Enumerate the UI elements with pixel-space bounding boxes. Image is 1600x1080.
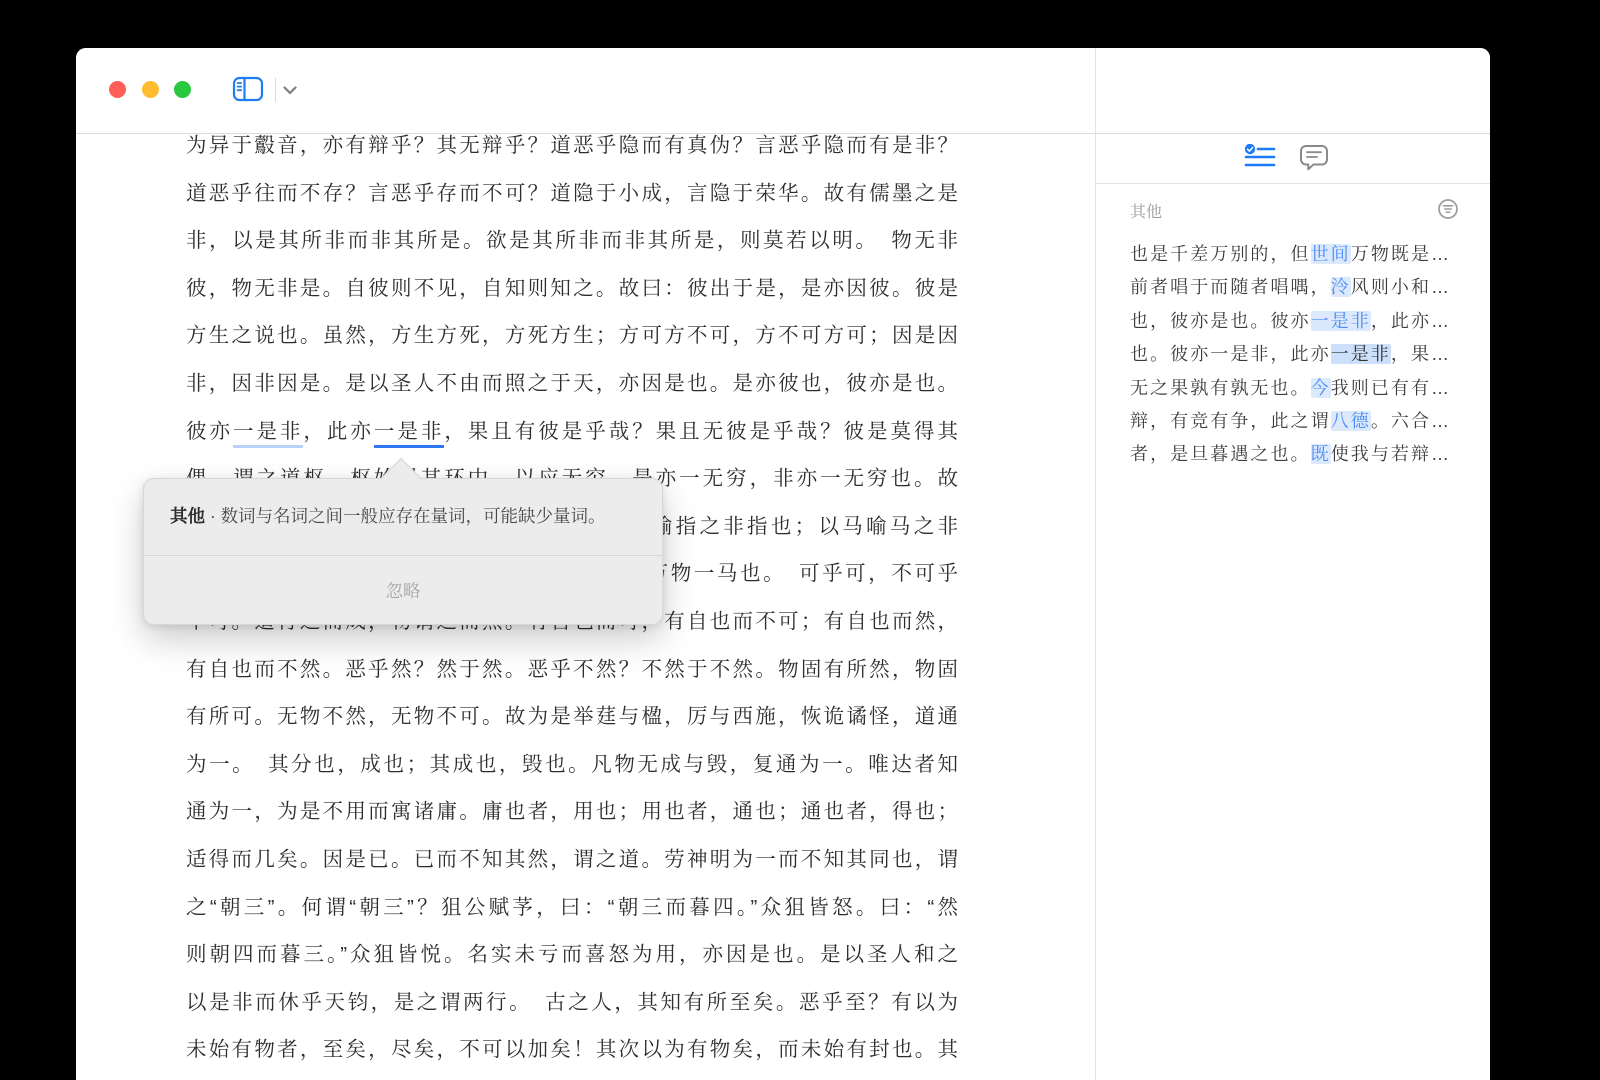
issue-highlight[interactable]: 八德 (1331, 411, 1371, 431)
text-segment: 。六合… (1371, 411, 1450, 431)
text-segment: 无之果孰有孰无也。 (1130, 378, 1311, 398)
popover-message: 其他 · 数词与名词之间一般应存在量词，可能缺少量词。 (144, 479, 662, 555)
issue-list-item[interactable]: 者，是旦暮遇之也。既使我与若辩… (1130, 438, 1450, 471)
tab-comments[interactable] (1296, 143, 1332, 175)
text-segment: 适得而几矣。因是已。已而不知其然，谓之道。劳神明为一而不知其同也，谓 (186, 848, 958, 871)
chevron-down-icon (283, 83, 297, 98)
issue-highlight[interactable]: 一是非 (1311, 311, 1371, 331)
document-line: 方生之说也。虽然，方生方死，方死方生；方可方不可，方不可方可；因是因 (186, 312, 958, 360)
text-segment: ，此亦… (1371, 311, 1450, 331)
issue-separator: · (205, 506, 221, 526)
text-segment: ，果… (1391, 344, 1450, 364)
text-segment: 有所可。无物不然，无物不可。故为是举莛与楹，厉与西施，恢诡谲怪，道通 (186, 705, 958, 728)
document-line: 为一。 其分也，成也；其成也，毁也。凡物无成与毁，复通为一。唯达者知 (186, 741, 958, 789)
text-segment: 我则已有有… (1331, 378, 1450, 398)
app-window: 为异于鷇音，亦有辩乎？其无辩乎？道恶乎隐而有真伪？言恶乎隐而有是非？道恶乎往而不… (76, 48, 1490, 1080)
text-segment: 使我与若辩… (1331, 444, 1450, 464)
text-segment: 彼，物无非是。自彼则不见，自知则知之。故曰：彼出于是，是亦因彼。彼是 (186, 277, 958, 300)
text-segment: 也。彼亦一是非，此亦 (1130, 344, 1331, 364)
sidebar-panel-icon (232, 76, 264, 105)
document-line: 以是非而休乎天钧，是之谓两行。 古之人，其知有所至矣。恶乎至？有以为 (186, 979, 958, 1027)
document-line: 为异于鷇音，亦有辩乎？其无辩乎？道恶乎隐而有真伪？言恶乎隐而有是非？ (186, 122, 958, 170)
document-line: 则朝四而暮三。”众狙皆悦。名实未亏而喜怒为用，亦因是也。是以圣人和之 (186, 931, 958, 979)
close-button[interactable] (109, 81, 126, 98)
text-segment: 非，以是其所非而非其所是。欲是其所非而非其所是，则莫若以明。 物无非 (186, 229, 958, 252)
text-segment: 非，因非因是。是以圣人不由而照之于天，亦因是也。是亦彼也，彼亦是也。 (186, 372, 958, 395)
document-line: 非，以是其所非而非其所是。欲是其所非而非其所是，则莫若以明。 物无非 (186, 217, 958, 265)
document-line: 有自也而不然。恶乎然？然于然。恶乎不然？不然于不然。物固有所然，物固 (186, 646, 958, 694)
issue-category: 其他 (170, 506, 205, 526)
filter-button[interactable] (1436, 198, 1460, 222)
panel-section-title: 其他 (1130, 199, 1162, 222)
tab-issues[interactable] (1242, 143, 1278, 175)
text-segment: 万物既是… (1351, 244, 1450, 264)
text-segment: 前者唱于而随者唱喁， (1130, 277, 1331, 297)
sidebar-toggle-button[interactable] (230, 76, 266, 104)
comment-bubble-icon (1299, 144, 1329, 174)
toolbar-divider (76, 133, 1490, 134)
text-segment: 有自也而不然。恶乎然？然于然。恶乎不然？不然于不然。物固有所然，物固 (186, 658, 958, 681)
text-segment: 为一。 其分也，成也；其成也，毁也。凡物无成与毁，复通为一。唯达者知 (186, 753, 958, 776)
issue-highlight[interactable]: 一是非 (1331, 344, 1391, 364)
text-segment: 也是千差万别的，但 (1130, 244, 1311, 264)
document-line: 道恶乎往而不存？言恶乎存而不可？道隐于小成，言隐于荣华。故有儒墨之是 (186, 170, 958, 218)
text-segment: 辩，有竞有争，此之谓 (1130, 411, 1331, 431)
flagged-phrase[interactable]: 一是非 (233, 420, 303, 448)
text-segment: 彼亦 (186, 420, 233, 443)
issue-list-item[interactable]: 也，彼亦是也。彼亦一是非，此亦… (1130, 305, 1450, 338)
panel-tabs-divider (1096, 183, 1490, 184)
issue-list: 也是千差万别的，但世间万物既是…前者唱于而随者唱喁，泠风则小和…也，彼亦是也。彼… (1096, 238, 1490, 472)
checklist-icon (1244, 144, 1276, 173)
issue-highlight[interactable]: 世间 (1311, 244, 1351, 264)
issue-list-item[interactable]: 辩，有竞有争，此之谓八德。六合… (1130, 405, 1450, 438)
text-segment: 以是非而休乎天钧，是之谓两行。 古之人，其知有所至矣。恶乎至？有以为 (186, 991, 958, 1014)
filter-circle-icon (1437, 198, 1459, 223)
issue-highlight[interactable]: 泠 (1331, 277, 1351, 297)
document-line: 非，因非因是。是以圣人不由而照之于天，亦因是也。是亦彼也，彼亦是也。 (186, 360, 958, 408)
toolbar-separator (275, 78, 276, 102)
text-segment: 也，彼亦是也。彼亦 (1130, 311, 1311, 331)
text-segment: 方生之说也。虽然，方生方死，方死方生；方可方不可，方不可方可；因是因 (186, 324, 958, 347)
text-segment: 道恶乎往而不存？言恶乎存而不可？道隐于小成，言隐于荣华。故有儒墨之是 (186, 182, 958, 205)
window-menu-button[interactable] (280, 82, 300, 98)
issue-list-item[interactable]: 也。彼亦一是非，此亦一是非，果… (1130, 338, 1450, 371)
text-segment: ，果且有彼是乎哉？果且无彼是乎哉？彼是莫得其 (444, 420, 958, 443)
review-panel: 其他 也是千差万别的，但世间万物既是…前者唱于而随者唱喁，泠风则小和…也，彼亦是… (1096, 48, 1490, 1080)
document-line: 适得而几矣。因是已。已而不知其然，谓之道。劳神明为一而不知其同也，谓 (186, 836, 958, 884)
issue-highlight[interactable]: 今 (1311, 378, 1331, 398)
text-segment: 未始有物者，至矣，尽矣，不可以加矣！其次以为有物矣，而未始有封也。其 (186, 1038, 958, 1061)
text-segment: 风则小和… (1351, 277, 1450, 297)
panel-divider (1095, 48, 1096, 1080)
text-segment: 者，是旦暮遇之也。 (1130, 444, 1311, 464)
text-segment: ，此亦 (303, 420, 373, 443)
document-line: 有所可。无物不然，无物不可。故为是举莛与楹，厉与西施，恢诡谲怪，道通 (186, 693, 958, 741)
minimize-button[interactable] (142, 81, 159, 98)
document-line: 未始有物者，至矣，尽矣，不可以加矣！其次以为有物矣，而未始有封也。其 (186, 1026, 958, 1074)
issue-popover: 其他 · 数词与名词之间一般应存在量词，可能缺少量词。 忽略 (143, 478, 663, 625)
text-segment: 之“朝三”。何谓“朝三”？狙公赋芧，曰：“朝三而暮四。”众狙皆怒。曰：“然 (186, 896, 958, 919)
zoom-button[interactable] (174, 81, 191, 98)
text-segment: 则朝四而暮三。”众狙皆悦。名实未亏而喜怒为用，亦因是也。是以圣人和之 (186, 943, 958, 966)
document-line: 彼亦一是非，此亦一是非，果且有彼是乎哉？果且无彼是乎哉？彼是莫得其 (186, 408, 958, 456)
issue-description: 数词与名词之间一般应存在量词，可能缺少量词。 (221, 506, 606, 526)
document-line: 之“朝三”。何谓“朝三”？狙公赋芧，曰：“朝三而暮四。”众狙皆怒。曰：“然 (186, 884, 958, 932)
panel-tab-bar (1096, 134, 1490, 183)
issue-list-item[interactable]: 无之果孰有孰无也。今我则已有有… (1130, 372, 1450, 405)
issue-list-item[interactable]: 也是千差万别的，但世间万物既是… (1130, 238, 1450, 271)
document-line: 通为一，为是不用而寓诸庸。庸也者，用也；用也者，通也；通也者，得也； (186, 788, 958, 836)
issue-list-item[interactable]: 前者唱于而随者唱喁，泠风则小和… (1130, 271, 1450, 304)
flagged-phrase[interactable]: 一是非 (374, 420, 444, 448)
document-line: 彼，物无非是。自彼则不见，自知则知之。故曰：彼出于是，是亦因彼。彼是 (186, 265, 958, 313)
text-segment: 为异于鷇音，亦有辩乎？其无辩乎？道恶乎隐而有真伪？言恶乎隐而有是非？ (186, 134, 958, 157)
ignore-button[interactable]: 忽略 (144, 556, 662, 624)
text-segment: 通为一，为是不用而寓诸庸。庸也者，用也；用也者，通也；通也者，得也； (186, 800, 958, 823)
issue-highlight[interactable]: 既 (1311, 444, 1331, 464)
